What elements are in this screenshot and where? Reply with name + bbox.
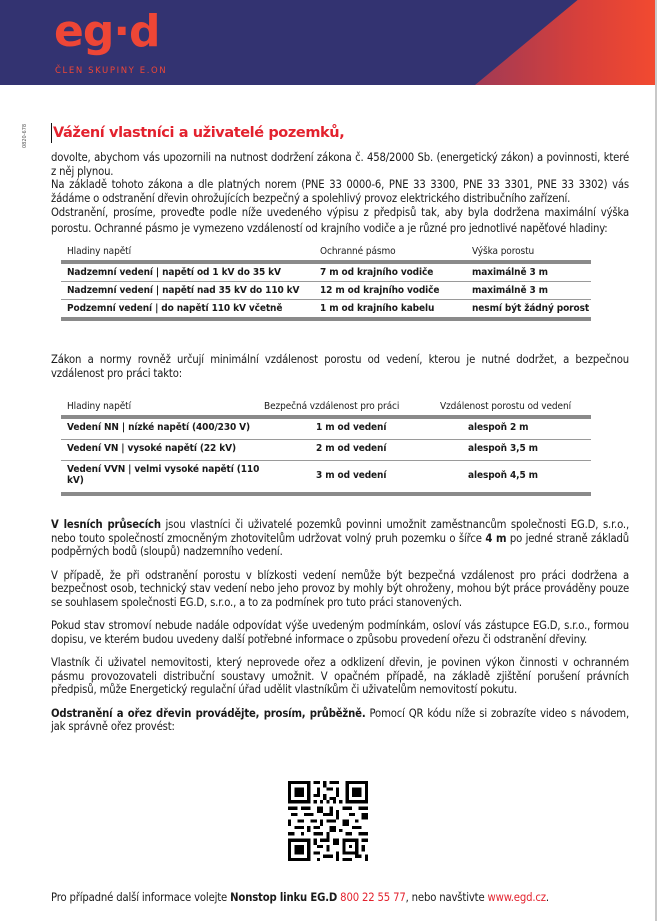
table-cell: 7 m od krajního vodiče [314, 262, 466, 282]
table-cell: 3 m od vedení [264, 461, 434, 495]
qr-intro-paragraph: Odstranění a ořez dřevin provádějte, pro… [51, 707, 629, 734]
table2-header: Vzdálenost porostu od vedení [434, 399, 591, 417]
table-row: Podzemní vedení | do napětí 110 kV včetn… [61, 300, 591, 320]
letter-header: eg·d ČLEN SKUPINY E.ON [0, 0, 655, 85]
removal-paragraph: Odstranění, prosíme, proveďte podle níže… [51, 205, 629, 237]
text: Pro případné další informace volejte [51, 891, 230, 904]
table-cell: Vedení VVN | velmi vysoké napětí (110 kV… [61, 461, 264, 495]
letter-body: Vážení vlastníci a uživatelé pozemků, do… [51, 123, 629, 734]
protection-zone-table: Hladiny napětí Ochranné pásmo Výška poro… [61, 244, 591, 321]
penalty-paragraph: Vlastník či uživatel nemovitosti, který … [51, 656, 629, 697]
table-cell: Vedení NN | nízké napětí (400/230 V) [61, 417, 264, 440]
table2-header: Bezpečná vzdálenost pro práci [264, 399, 434, 417]
table-row: Vedení VN | vysoké napětí (22 kV) 2 m od… [61, 440, 591, 461]
qr-code-icon[interactable] [288, 781, 368, 861]
bold-text: Odstranění a ořez dřevin provádějte, pro… [51, 707, 366, 720]
bold-text: V lesních průsecích [51, 518, 161, 531]
table-cell: nesmí být žádný porost [466, 300, 591, 320]
egd-logo: eg·d [54, 6, 160, 58]
table-row: Nadzemní vedení | napětí od 1 kV do 35 k… [61, 262, 591, 282]
table2-header: Hladiny napětí [61, 399, 264, 417]
footer-contact: Pro případné další informace volejte Non… [51, 891, 549, 904]
table-cell: Vedení VN | vysoké napětí (22 kV) [61, 440, 264, 461]
logo-subtitle: ČLEN SKUPINY E.ON [55, 66, 167, 76]
table-cell: maximálně 3 m [466, 262, 591, 282]
document-code: 0820-678 [22, 118, 30, 148]
laws-paragraph: Zákon a normy rovněž určují minimální vz… [51, 353, 629, 380]
safety-paragraph: V případě, že při odstranění porostu v b… [51, 569, 629, 610]
bold-text: 4 m [485, 532, 506, 545]
safe-distance-table: Hladiny napětí Bezpečná vzdálenost pro p… [61, 399, 591, 496]
table-row: Nadzemní vedení | napětí nad 35 kV do 11… [61, 282, 591, 300]
table1-header: Hladiny napětí [61, 244, 314, 262]
phone-link[interactable]: 800 22 55 77 [337, 891, 405, 904]
hotline-label: Nonstop linku EG.D [230, 891, 337, 904]
contact-paragraph: Pokud stav stromoví nebude nadále odpoví… [51, 619, 629, 646]
table-cell: 1 m od krajního kabelu [314, 300, 466, 320]
table-cell: alespoň 3,5 m [434, 440, 591, 461]
table-row: Vedení VVN | velmi vysoké napětí (110 kV… [61, 461, 591, 495]
table-cell: 12 m od krajního vodiče [314, 282, 466, 300]
table-cell: 1 m od vedení [264, 417, 434, 440]
text: , nebo navštivte [406, 891, 488, 904]
table-cell: Podzemní vedení | do napětí 110 kV včetn… [61, 300, 314, 320]
table-cell: alespoň 2 m [434, 417, 591, 440]
table-cell: alespoň 4,5 m [434, 461, 591, 495]
intro-paragraph: dovolte, abychom vás upozornili na nutno… [51, 151, 629, 178]
forest-paragraph: V lesních průsecích jsou vlastníci či už… [51, 518, 629, 559]
table-cell: 2 m od vedení [264, 440, 434, 461]
text: . [546, 891, 549, 904]
website-link[interactable]: www.egd.cz [488, 891, 546, 904]
header-gradient-triangle [475, 0, 655, 85]
table-cell: Nadzemní vedení | napětí od 1 kV do 35 k… [61, 262, 314, 282]
table1-header: Ochranné pásmo [314, 244, 466, 262]
table1-header: Výška porostu [466, 244, 591, 262]
table-row: Vedení NN | nízké napětí (400/230 V) 1 m… [61, 417, 591, 440]
table-cell: Nadzemní vedení | napětí nad 35 kV do 11… [61, 282, 314, 300]
table-cell: maximálně 3 m [466, 282, 591, 300]
norms-paragraph: Na základě tohoto zákona a dle platných … [51, 178, 629, 205]
greeting-heading: Vážení vlastníci a uživatelé pozemků, [51, 123, 629, 143]
